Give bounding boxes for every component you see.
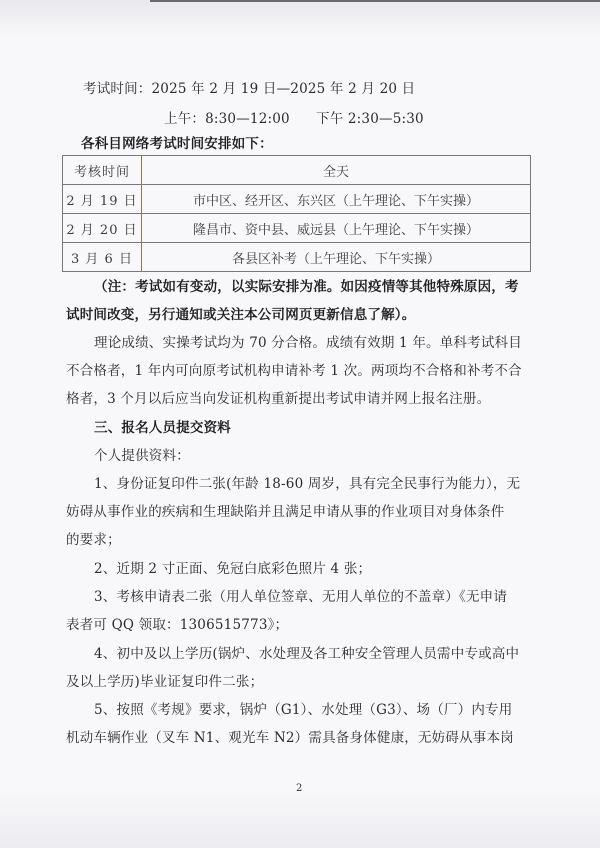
item-1-line-2: 妨碍从事作业的疾病和生理缺陷并且满足申请从事的作业项目对身体条件 (66, 503, 504, 521)
item-3-line-2: 表者可 QQ 领取：1306515773》； (66, 616, 288, 634)
note-line-2: 试时间改变，另行通知或关注本公司网页更新信息了解）。 (66, 306, 415, 324)
exam-time-morning: 上午：8:30—12:00 (164, 110, 290, 128)
item-5-line-2: 机动车辆作业（叉车 N1、观光车 N2）需具备身体健康，无妨碍从事本岗 (66, 729, 514, 747)
section-3-title: 三、报名人员提交资料 (94, 419, 231, 437)
item-1-line-3: 的要求； (66, 531, 121, 549)
scan-edge (150, 0, 600, 2)
exam-time-line: 考试时间：2025 年 2 月 19 日—2025 年 2 月 20 日 (83, 80, 415, 98)
table-row: 2 月 19 日 市中区、经开区、东兴区（上午理论、下午实操） (63, 185, 531, 214)
exam-time-afternoon: 下午 2:30—5:30 (316, 110, 424, 128)
table-row: 2 月 20 日 隆昌市、资中县、威远县（上午理论、下午实操） (63, 214, 531, 243)
schedule-table: 考核时间 全天 2 月 19 日 市中区、经开区、东兴区（上午理论、下午实操） … (62, 155, 531, 272)
page-number: 2 (296, 783, 302, 794)
item-1-line-1: 1、身份证复印件二张(年龄 18-60 周岁，具有完全民事行为能力），无 (94, 475, 520, 493)
item-2-line-1: 2、近期 2 寸正面、免冠白底彩色照片 4 张； (94, 560, 371, 578)
schedule-heading: 各科目网络考试时间安排如下： (81, 135, 273, 153)
table-row: 3 月 6 日 各县区补考（上午理论、下午实操） (63, 243, 531, 272)
item-4-line-2: 及以上学历)毕业证复印件二张； (66, 673, 263, 691)
row-date: 2 月 19 日 (63, 185, 142, 214)
section-3-intro: 个人提供资料： (94, 447, 190, 465)
item-4-line-1: 4、初中及以上学历(锅炉、水处理及各工种安全管理人员需中专或高中 (94, 645, 519, 663)
row-date: 3 月 6 日 (63, 243, 142, 272)
scoring-line-3: 格者，3 个月以后应当向发证机构重新提出考试申请并网上报名注册。 (66, 390, 490, 408)
scoring-line-2: 不合格者，1 年内可向原考试机构申请补考 1 次。两项均不合格和补考不合 (66, 362, 522, 380)
scoring-line-1: 理论成绩、实操考试均为 70 分合格。成绩有效期 1 年。单科考试科目 (94, 334, 522, 352)
table-header-row: 考核时间 全天 (63, 156, 531, 185)
row-detail: 隆昌市、资中县、威远县（上午理论、下午实操） (142, 214, 531, 243)
item-3-line-1: 3、考核申请表二张（用人单位签章、无用人单位的不盖章）《无申请 (94, 588, 507, 606)
row-detail: 各县区补考（上午理论、下午实操） (142, 243, 531, 272)
row-detail: 市中区、经开区、东兴区（上午理论、下午实操） (142, 185, 531, 214)
row-date: 2 月 20 日 (63, 214, 142, 243)
header-cell-time: 考核时间 (63, 156, 142, 185)
note-line-1: （注：考试如有变动，以实际安排为准。如因疫情等其他特殊原因，考 (94, 278, 519, 296)
item-5-line-1: 5、按照《考规》要求，锅炉（G1）、水处理（G3）、场（厂）内专用 (94, 701, 512, 719)
header-cell-allday: 全天 (142, 156, 531, 185)
document-page: 考试时间：2025 年 2 月 19 日—2025 年 2 月 20 日 上午：… (0, 0, 600, 848)
